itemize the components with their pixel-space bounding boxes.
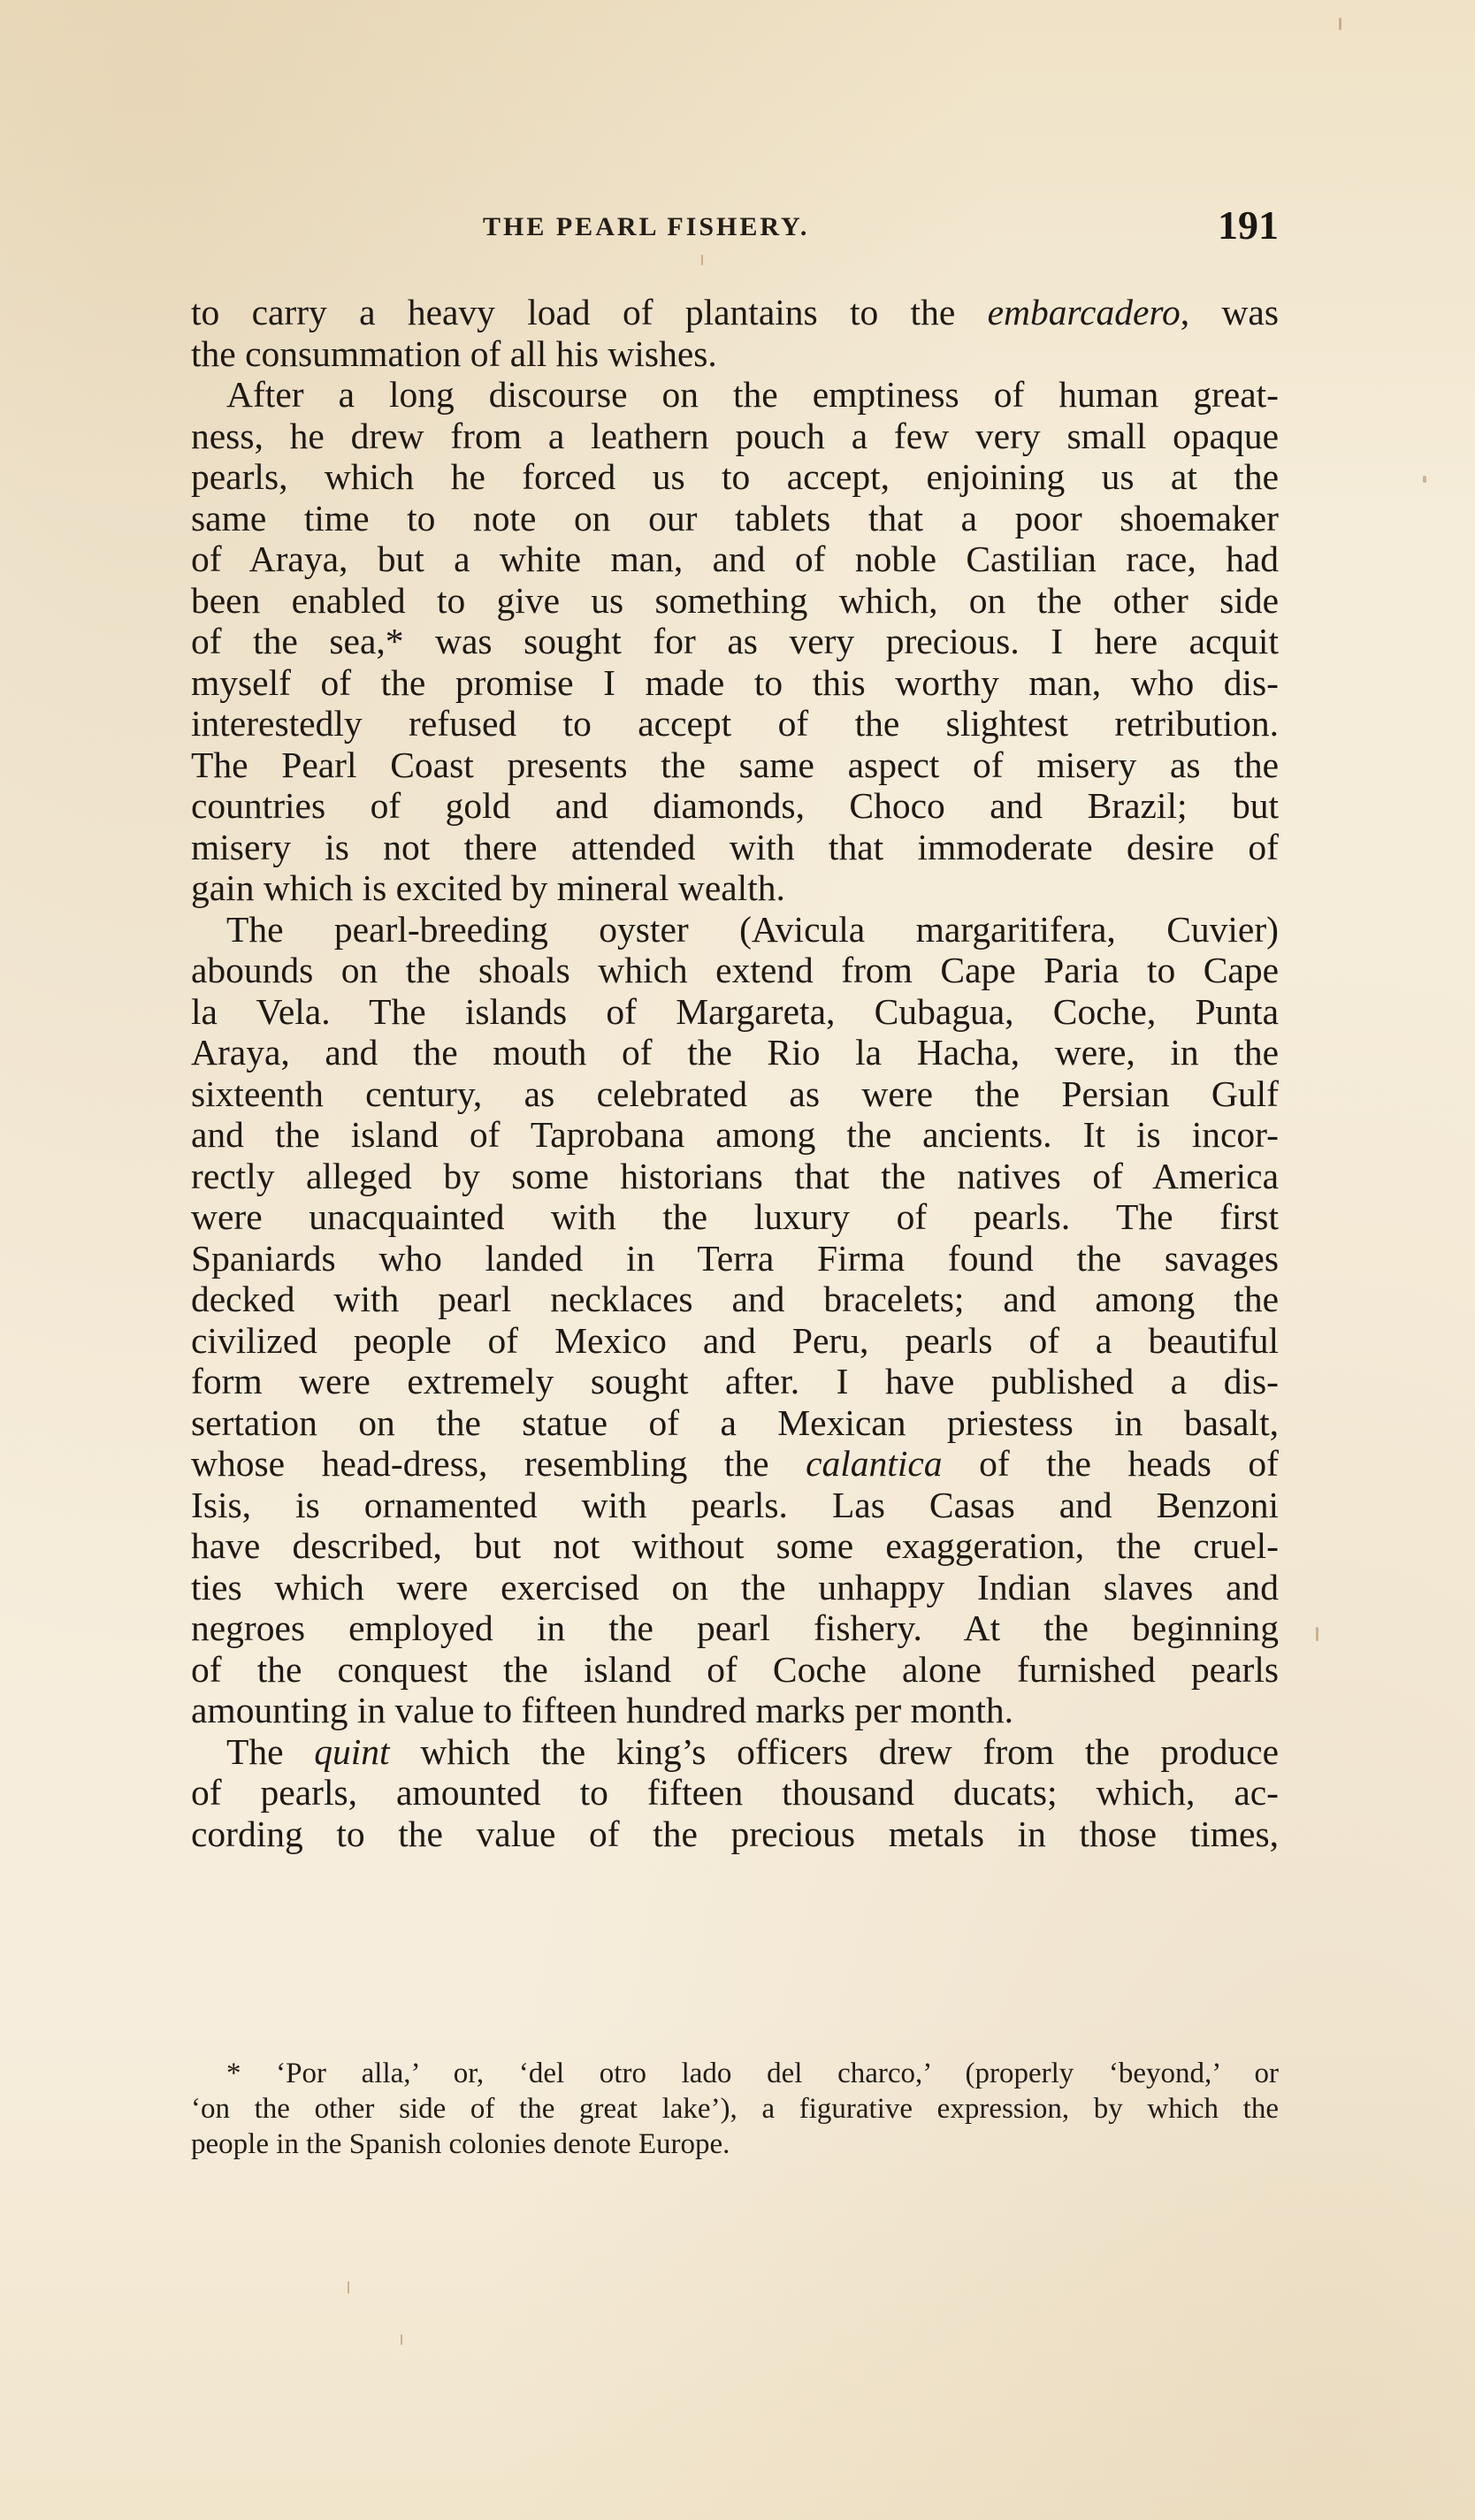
text-line: sixteenth century, as celebrated as were… — [191, 1073, 1279, 1115]
text-line: The Pearl Coast presents the same aspect… — [191, 745, 1279, 786]
text-line: abounds on the shoals which extend from … — [191, 950, 1279, 991]
text-line: same time to note on our tablets that a … — [191, 498, 1279, 539]
paper-speck — [348, 2281, 349, 2294]
text-line: rectly alleged by some historians that t… — [191, 1156, 1279, 1197]
footnote-line: * ‘Por alla,’ or, ‘del otro lado del cha… — [191, 2056, 1279, 2091]
text-line: of pearls, amounted to fifteen thousand … — [191, 1772, 1279, 1814]
paragraph-start-line: After a long discourse on the emptiness … — [191, 374, 1279, 416]
text-line: Araya, and the mouth of the Rio la Hacha… — [191, 1032, 1279, 1073]
text-line: myself of the promise I made to this wor… — [191, 662, 1279, 704]
body-text: to carry a heavy load of plantains to th… — [191, 292, 1279, 1854]
text-line: gain which is excited by mineral wealth. — [191, 867, 1279, 909]
italic-term: quint — [314, 1731, 389, 1772]
text-line: civilized people of Mexico and Peru, pea… — [191, 1320, 1279, 1362]
text-line: ties which were exercised on the unhappy… — [191, 1567, 1279, 1608]
paragraph-start-line: The pearl-breeding oyster (Avicula marga… — [191, 909, 1279, 951]
text-line: negroes employed in the pearl fishery. A… — [191, 1607, 1279, 1649]
text-line: interestedly refused to accept of the sl… — [191, 703, 1279, 745]
text-line: the consummation of all his wishes. — [191, 333, 1279, 375]
footnote: * ‘Por alla,’ or, ‘del otro lado del cha… — [191, 2056, 1279, 2162]
text-line: sertation on the statue of a Mexican pri… — [191, 1402, 1279, 1444]
text-line: pearls, which he forced us to accept, en… — [191, 456, 1279, 498]
text-line: and the island of Taprobana among the an… — [191, 1114, 1279, 1156]
paper-speck — [1339, 18, 1341, 30]
text-line: of the conquest the island of Coche alon… — [191, 1649, 1279, 1691]
text-line: cording to the value of the precious met… — [191, 1814, 1279, 1855]
paper-speck — [701, 255, 703, 265]
running-head: THE PEARL FISHERY. 191 — [191, 202, 1279, 255]
text-line: countries of gold and diamonds, Choco an… — [191, 785, 1279, 827]
paper-speck — [1423, 476, 1426, 483]
text-line: Isis, is ornamented with pearls. Las Cas… — [191, 1485, 1279, 1526]
text-line: decked with pearl necklaces and bracelet… — [191, 1279, 1279, 1320]
text-line: amounting in value to fifteen hundred ma… — [191, 1690, 1279, 1731]
text-line: form were extremely sought after. I have… — [191, 1361, 1279, 1402]
footnote-line: people in the Spanish colonies denote Eu… — [191, 2127, 1279, 2162]
text-line: la Vela. The islands of Margareta, Cubag… — [191, 991, 1279, 1033]
paragraph-start-line: The quint which the king’s officers drew… — [191, 1731, 1279, 1773]
text-line: ness, he drew from a leathern pouch a fe… — [191, 416, 1279, 457]
text-line: been enabled to give us something which,… — [191, 580, 1279, 622]
paper-speck — [1316, 1627, 1318, 1641]
text-line: whose head-dress, resembling the calanti… — [191, 1443, 1279, 1485]
text-line: have described, but not without some exa… — [191, 1525, 1279, 1567]
italic-term: embarcadero — [988, 292, 1181, 332]
page-number: 191 — [1218, 202, 1279, 248]
text-line: misery is not there attended with that i… — [191, 827, 1279, 868]
text-line: of the sea,* was sought for as very prec… — [191, 621, 1279, 662]
text-line: of Araya, but a white man, and of noble … — [191, 538, 1279, 580]
text-line: to carry a heavy load of plantains to th… — [191, 292, 1279, 333]
text-line: were unacquainted with the luxury of pea… — [191, 1196, 1279, 1238]
paper-speck — [401, 2334, 402, 2345]
running-title: THE PEARL FISHERY. — [483, 212, 809, 242]
text-line: Spaniards who landed in Terra Firma foun… — [191, 1238, 1279, 1279]
footnote-line: ‘on the other side of the great lake’), … — [191, 2091, 1279, 2127]
italic-term: calantica — [806, 1443, 942, 1484]
